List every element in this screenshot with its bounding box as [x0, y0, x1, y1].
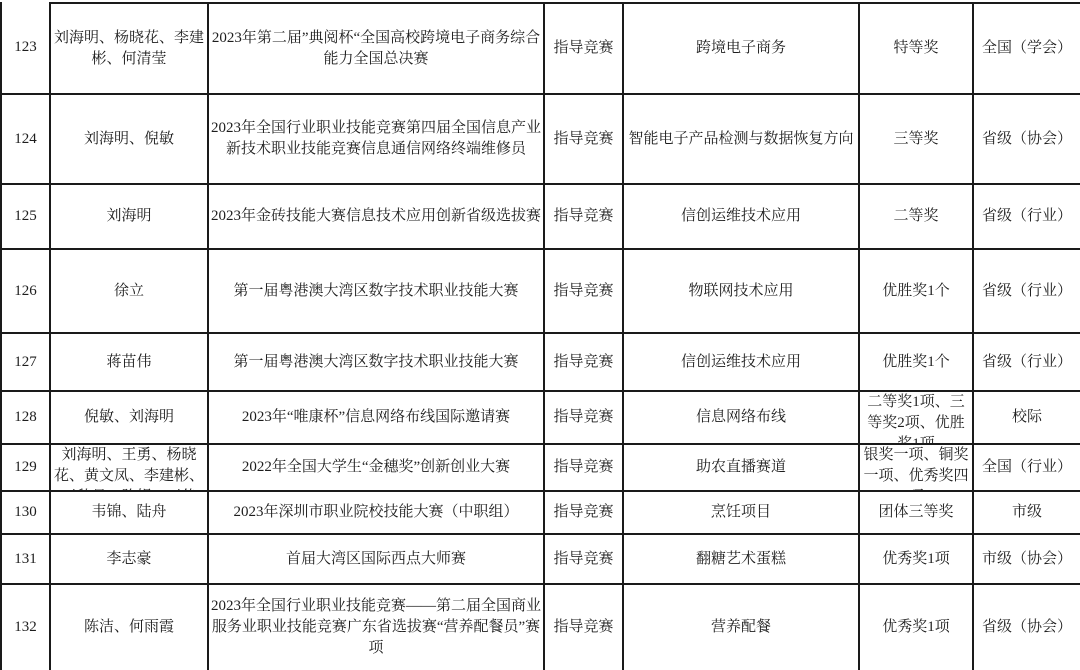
cell-level: 省级（协会） [972, 93, 1080, 183]
cell-competition: 2023年深圳市职业院校技能大赛（中职组） [207, 490, 543, 533]
cell-competition-text: 2023年第二届”典阅杯“全国高校跨境电子商务综合能力全国总决赛 [210, 28, 542, 70]
cell-project: 烹饪项目 [622, 490, 858, 533]
cell-names: 徐立 [49, 248, 207, 332]
cell-names-text: 蒋苗伟 [53, 352, 205, 373]
cell-names: 刘海明、倪敏 [49, 93, 207, 183]
cell-no: 125 [0, 183, 49, 248]
cell-award-text: 优秀奖1项 [863, 617, 969, 638]
cell-level-text: 全国（行业） [976, 457, 1078, 478]
cell-names-text: 刘海明、倪敏 [53, 129, 205, 150]
cell-no-text: 132 [4, 617, 47, 638]
cell-competition-text: 2023年深圳市职业院校技能大赛（中职组） [210, 502, 542, 523]
cell-no: 130 [0, 490, 49, 533]
cell-project: 信息网络布线 [622, 390, 858, 443]
cell-names: 韦锦、陆舟 [49, 490, 207, 533]
cell-level: 省级（行业） [972, 332, 1080, 390]
awards-table: 123刘海明、杨晓花、李建彬、何清莹2023年第二届”典阅杯“全国高校跨境电子商… [0, 0, 1080, 670]
cell-type-text: 指导竞赛 [547, 206, 620, 227]
cell-award-text: 特等奖 [863, 38, 969, 59]
cell-project-text: 物联网技术应用 [626, 281, 856, 302]
cell-competition: 2022年全国大学生“金穗奖”创新创业大赛 [207, 443, 543, 490]
cell-project: 物联网技术应用 [622, 248, 858, 332]
cell-no-text: 131 [4, 549, 47, 570]
cell-type-text: 指导竞赛 [547, 407, 620, 428]
cell-level-text: 省级（行业） [976, 352, 1078, 373]
cell-project-text: 信创运维技术应用 [626, 206, 856, 227]
cell-competition: 2023年第二届”典阅杯“全国高校跨境电子商务综合能力全国总决赛 [207, 2, 543, 93]
cell-no-text: 129 [4, 457, 47, 478]
cell-project-text: 助农直播赛道 [626, 457, 856, 478]
cell-names-text: 刘海明、杨晓花、李建彬、何清莹 [53, 28, 205, 70]
cell-award: 三等奖 [858, 93, 972, 183]
cell-level-text: 省级（行业） [976, 206, 1078, 227]
cell-type: 指导竞赛 [543, 390, 622, 443]
cell-project-text: 烹饪项目 [626, 502, 856, 523]
cell-award-text: 二等奖 [863, 206, 969, 227]
cell-project: 信创运维技术应用 [622, 183, 858, 248]
cell-no: 129 [0, 443, 49, 490]
cell-names: 陈洁、何雨霞 [49, 583, 207, 670]
cell-award-text: 二等奖1项、三等奖2项、优胜奖1项 [863, 392, 969, 443]
cell-no: 124 [0, 93, 49, 183]
cell-award-text: 优胜奖1个 [863, 281, 969, 302]
cell-award: 优胜奖1个 [858, 332, 972, 390]
cell-no-text: 126 [4, 281, 47, 302]
cell-no-text: 124 [4, 129, 47, 150]
cell-competition: 2023年“唯康杯”信息网络布线国际邀请赛 [207, 390, 543, 443]
cell-award-text: 优秀奖1项 [863, 549, 969, 570]
cell-project: 智能电子产品检测与数据恢复方向 [622, 93, 858, 183]
cell-no: 123 [0, 2, 49, 93]
cell-level-text: 市级（协会） [976, 549, 1078, 570]
cell-level-text: 省级（协会） [976, 129, 1078, 150]
cell-competition-text: 2023年全国行业职业技能竞赛第四届全国信息产业新技术职业技能竞赛信息通信网络终… [210, 118, 542, 160]
cell-names-text: 倪敏、刘海明 [53, 407, 205, 428]
cell-project: 营养配餐 [622, 583, 858, 670]
cell-type-text: 指导竞赛 [547, 502, 620, 523]
cell-level-text: 省级（行业） [976, 281, 1078, 302]
cell-award: 银奖一项、铜奖一项、优秀奖四项 [858, 443, 972, 490]
cell-names-text: 刘海明、王勇、杨晓花、黄文凤、李建彬、王秋丹、陈娟、王佳璇、 [53, 445, 205, 490]
cell-type: 指导竞赛 [543, 2, 622, 93]
cell-award-text: 优胜奖1个 [863, 352, 969, 373]
cell-competition: 2023年全国行业职业技能竞赛第四届全国信息产业新技术职业技能竞赛信息通信网络终… [207, 93, 543, 183]
cell-competition: 2023年金砖技能大赛信息技术应用创新省级选拔赛 [207, 183, 543, 248]
cell-type-text: 指导竞赛 [547, 617, 620, 638]
cell-project-text: 跨境电子商务 [626, 38, 856, 59]
cell-level-text: 市级 [976, 502, 1078, 523]
cell-type: 指导竞赛 [543, 93, 622, 183]
cell-type-text: 指导竞赛 [547, 129, 620, 150]
cell-names: 刘海明 [49, 183, 207, 248]
cell-project: 助农直播赛道 [622, 443, 858, 490]
cell-level: 省级（行业） [972, 248, 1080, 332]
cell-type-text: 指导竞赛 [547, 281, 620, 302]
cell-type-text: 指导竞赛 [547, 457, 620, 478]
cell-names: 刘海明、王勇、杨晓花、黄文凤、李建彬、王秋丹、陈娟、王佳璇、 [49, 443, 207, 490]
cell-type: 指导竞赛 [543, 248, 622, 332]
cell-award: 团体三等奖 [858, 490, 972, 533]
cell-competition: 2023年全国行业职业技能竞赛——第二届全国商业服务业职业技能竞赛广东省选拔赛“… [207, 583, 543, 670]
cell-names-text: 刘海明 [53, 206, 205, 227]
cell-competition-text: 第一届粤港澳大湾区数字技术职业技能大赛 [210, 281, 542, 302]
cell-names: 刘海明、杨晓花、李建彬、何清莹 [49, 2, 207, 93]
cell-competition-text: 2023年金砖技能大赛信息技术应用创新省级选拔赛 [210, 206, 542, 227]
cell-level-text: 省级（协会） [976, 617, 1078, 638]
cell-no: 127 [0, 332, 49, 390]
cell-names-text: 韦锦、陆舟 [53, 502, 205, 523]
cell-no-text: 130 [4, 502, 47, 523]
cell-project-text: 翻糖艺术蛋糕 [626, 549, 856, 570]
cell-award: 优秀奖1项 [858, 583, 972, 670]
cell-level-text: 校际 [976, 407, 1078, 428]
cell-award-text: 团体三等奖 [863, 502, 969, 523]
cell-award-text: 银奖一项、铜奖一项、优秀奖四项 [863, 445, 969, 490]
cell-project-text: 信创运维技术应用 [626, 352, 856, 373]
cell-competition: 第一届粤港澳大湾区数字技术职业技能大赛 [207, 332, 543, 390]
cell-project-text: 智能电子产品检测与数据恢复方向 [626, 129, 856, 150]
cell-level: 校际 [972, 390, 1080, 443]
cell-no-text: 125 [4, 206, 47, 227]
cell-project-text: 信息网络布线 [626, 407, 856, 428]
cell-type: 指导竞赛 [543, 183, 622, 248]
cell-award: 二等奖1项、三等奖2项、优胜奖1项 [858, 390, 972, 443]
cell-no: 132 [0, 583, 49, 670]
cell-award: 特等奖 [858, 2, 972, 93]
document-page: 123刘海明、杨晓花、李建彬、何清莹2023年第二届”典阅杯“全国高校跨境电子商… [0, 0, 1080, 670]
cell-level: 市级（协会） [972, 533, 1080, 583]
cell-level: 全国（行业） [972, 443, 1080, 490]
cell-names-text: 陈洁、何雨霞 [53, 617, 205, 638]
cell-no: 131 [0, 533, 49, 583]
cell-names: 李志豪 [49, 533, 207, 583]
cell-competition-text: 2023年“唯康杯”信息网络布线国际邀请赛 [210, 407, 542, 428]
cell-names: 倪敏、刘海明 [49, 390, 207, 443]
cell-level: 省级（协会） [972, 583, 1080, 670]
cell-award: 二等奖 [858, 183, 972, 248]
cell-project: 信创运维技术应用 [622, 332, 858, 390]
cell-project: 跨境电子商务 [622, 2, 858, 93]
cell-award: 优秀奖1项 [858, 533, 972, 583]
cell-competition-text: 首届大湾区国际西点大师赛 [210, 549, 542, 570]
cell-type: 指导竞赛 [543, 583, 622, 670]
cell-competition-text: 第一届粤港澳大湾区数字技术职业技能大赛 [210, 352, 542, 373]
cell-type-text: 指导竞赛 [547, 38, 620, 59]
cell-award: 优胜奖1个 [858, 248, 972, 332]
cell-competition: 首届大湾区国际西点大师赛 [207, 533, 543, 583]
cell-level: 省级（行业） [972, 183, 1080, 248]
cell-competition-text: 2022年全国大学生“金穗奖”创新创业大赛 [210, 457, 542, 478]
cell-level: 市级 [972, 490, 1080, 533]
cell-competition: 第一届粤港澳大湾区数字技术职业技能大赛 [207, 248, 543, 332]
cell-level: 全国（学会） [972, 2, 1080, 93]
cell-level-text: 全国（学会） [976, 38, 1078, 59]
cell-type: 指导竞赛 [543, 490, 622, 533]
cell-no-text: 127 [4, 352, 47, 373]
cell-type-text: 指导竞赛 [547, 352, 620, 373]
cell-project: 翻糖艺术蛋糕 [622, 533, 858, 583]
cell-no: 126 [0, 248, 49, 332]
cell-type-text: 指导竞赛 [547, 549, 620, 570]
cell-project-text: 营养配餐 [626, 617, 856, 638]
cell-no-text: 123 [4, 37, 47, 58]
cell-type: 指导竞赛 [543, 332, 622, 390]
cell-no: 128 [0, 390, 49, 443]
cell-names-text: 李志豪 [53, 549, 205, 570]
cell-type: 指导竞赛 [543, 533, 622, 583]
cell-no-text: 128 [4, 407, 47, 428]
cell-names: 蒋苗伟 [49, 332, 207, 390]
cell-names-text: 徐立 [53, 281, 205, 302]
cell-type: 指导竞赛 [543, 443, 622, 490]
cell-award-text: 三等奖 [863, 129, 969, 150]
cell-competition-text: 2023年全国行业职业技能竞赛——第二届全国商业服务业职业技能竞赛广东省选拔赛“… [210, 596, 542, 659]
